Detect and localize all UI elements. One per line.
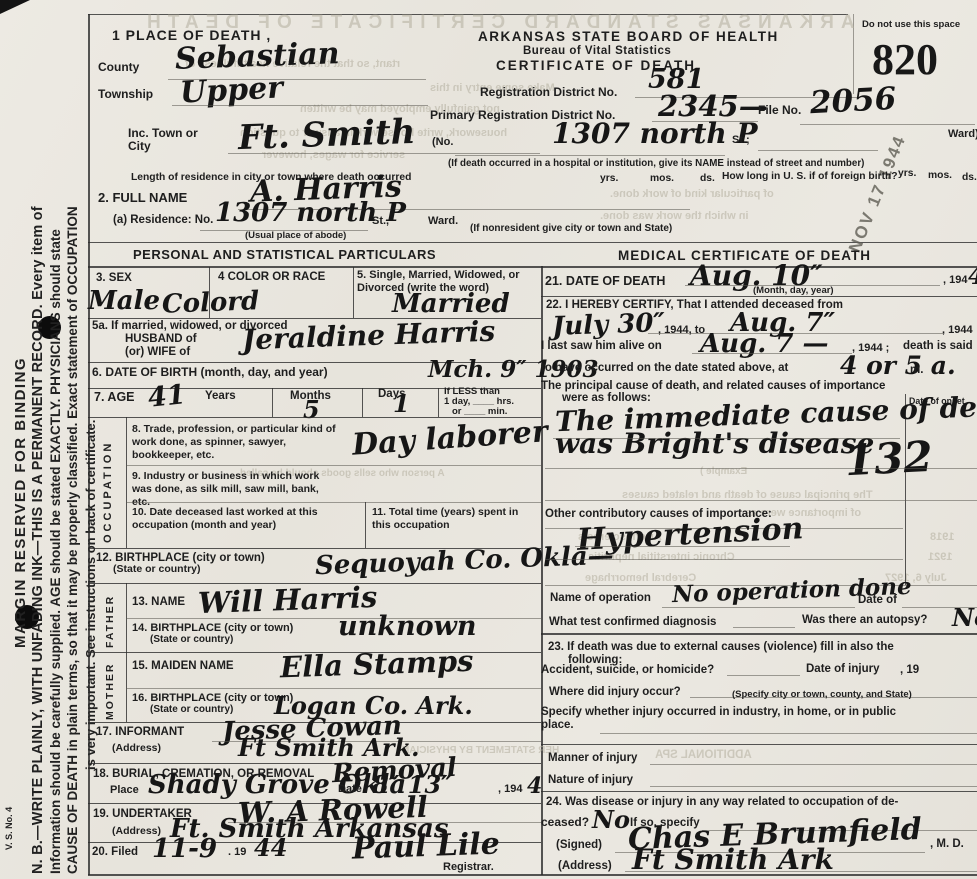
where-injury-note: (Specify city or town, county, and State… [732,690,912,701]
mother-birthplace-sublabel: (State or country) [150,704,233,715]
dob-label: 6. DATE OF BIRTH (month, day, and year) [92,366,328,379]
rule [88,417,541,418]
ward-label: Ward) [948,128,977,140]
injury-year-label: , 19 [900,664,919,677]
principal-cause-label-line1: The principal cause of death, and relate… [541,380,885,393]
last-worked-label: 10. Date deceased last worked at this oc… [132,506,360,532]
registrar-signature: Paul Lile [352,829,501,864]
spouse-label-line3: (or) WIFE of [125,346,190,359]
operation-date-label: Date of [858,594,897,607]
to-year-printed: , 1944 [942,324,973,336]
rule [545,500,977,501]
page-corner-fold [0,0,30,14]
nonresident-note: (If nonresident give city or town and St… [470,223,672,234]
color-race-label: 4 COLOR OR RACE [218,271,325,284]
years-label: Years [205,390,236,403]
rule [172,105,428,106]
rule [692,353,852,354]
burial-place-label: Place [110,784,139,796]
mos-label: mos. [928,170,952,182]
cell-divider [272,388,273,417]
rule [541,633,977,635]
occupation-side-label: OCCUPATION [102,441,114,543]
occupation-related-value: No [592,808,630,832]
border-left [88,14,90,875]
township-value: Upper [179,73,283,108]
certificate-number: 820 [872,34,938,85]
informant-address-label: (Address) [112,743,161,755]
father-birthplace-value: unknown [338,613,476,640]
rule [541,791,977,792]
filed-year-printed: . 19 [228,846,246,858]
city-value: Ft. Smith [237,115,415,155]
rule [733,627,795,628]
city-label-line2: City [128,140,151,153]
death-certificate-scan: MARGIN RESERVED FOR BINDING V. S. No. 4 … [0,0,977,879]
specify-injury-label-line2: place. [541,719,574,732]
marital-status-value: Married [392,291,510,317]
operation-label: Name of operation [550,592,651,605]
cell-divider [362,388,363,417]
contributory-value: Hypertension [576,514,804,556]
rule [455,155,725,156]
ds-label: ds. [962,172,977,184]
bleedthrough-text: of particular kind of work done. [610,188,774,200]
rule [545,559,903,560]
mother-name-value: Ella Stamps [280,647,474,683]
sex-label: 3. SEX [96,272,132,285]
mother-name-label: 15. MAIDEN NAME [132,660,234,673]
rule [88,266,977,268]
age-label: 7. AGE [94,390,135,404]
abode-note: (Usual place of abode) [245,231,346,242]
rule [650,764,977,765]
nature-of-injury-label: Nature of injury [548,774,633,787]
autopsy-label: Was there an autopsy? [802,614,927,627]
rule [126,618,541,619]
filed-date-value: 11-9 [152,836,217,862]
rule [575,546,790,547]
rule [758,150,878,151]
residence-label: (a) Residence: No. [113,214,213,227]
autopsy-value: No [952,606,977,630]
bleedthrough-date: 1921 [928,551,952,563]
margin-instruction-line4: is very important. See instructions on b… [83,420,98,770]
spouse-label-line2: HUSBAND of [125,333,197,346]
ward-label: Ward. [428,215,458,227]
time-of-death-value: 4 or 5 a. [840,353,956,378]
full-name-label: 2. FULL NAME [98,191,187,206]
sex-value: Male [88,288,160,314]
color-race-value: Colord [162,288,260,317]
from-year-printed: , 1944, to [658,324,705,336]
bureau-name: Bureau of Vital Statistics [523,45,671,58]
physician-address-label: (Address) [558,860,612,873]
file-no-value: 2056 [809,84,897,119]
external-causes-label-line1: 23. If death was due to external causes … [548,641,894,654]
bleedthrough-date: 1918 [930,531,954,543]
rule [126,465,541,466]
father-side-label: FATHER [104,595,116,648]
signed-label: (Signed) [556,839,602,852]
occurred-label: to have occurred on the date stated abov… [541,362,788,375]
date-of-death-label: 21. DATE OF DEATH [545,274,665,288]
last-saw-label: I last saw him alive on [541,340,662,353]
ds-label: ds. [700,173,715,185]
trade-label: 8. Trade, profession, or particular kind… [132,423,346,461]
father-name-label: 13. NAME [132,596,185,609]
spouse-value: Jeraldine Harris [242,318,496,355]
mother-birthplace-label: 16. BIRTHPLACE (city or town) [132,692,293,704]
mos-label: mos. [650,173,674,185]
rule [541,744,977,745]
physician-address-value: Ft Smith Ark [632,846,834,874]
cause-of-death-line2: was Bright's disease [555,430,874,458]
death-year-value: 4 [968,264,977,288]
board-name: ARKANSAS STATE BOARD OF HEALTH [478,29,779,44]
margin-instruction-line1: N. B.—WRITE PLAINLY, WITH UNFADING INK—T… [30,206,46,874]
form-number: V. S. No. 4 [4,807,14,850]
rule [88,242,977,243]
county-label: County [98,61,139,74]
father-birthplace-label: 14. BIRTHPLACE (city or town) [132,622,293,634]
street-no-value: 1307 north P [552,120,758,148]
death-year-printed: , 194 [943,274,967,286]
manner-of-injury-label: Manner of injury [548,752,637,765]
registrar-label: Registrar. [443,861,494,873]
cell-divider [126,417,127,548]
hospital-note: (If death occurred in a hospital or inst… [448,159,864,170]
rule [126,502,541,503]
filed-label: 20. Filed [92,846,138,859]
street-label: St.; [732,134,750,146]
father-birthplace-sublabel: (State or country) [150,634,233,645]
border-bottom [88,874,977,876]
do-not-use-label: Do not use this space [862,20,960,31]
rule [126,688,541,689]
county-value: Sebastian [175,39,341,75]
rule [662,607,855,608]
street-label: St., [372,215,389,227]
cell-divider [365,502,366,548]
file-no-label: File No. [758,104,801,117]
margin-instruction-line3: CAUSE OF DEATH in plain terms, so that i… [65,206,80,874]
birthplace-sublabel: (State or country) [113,564,201,576]
m-label: m. [910,364,923,377]
rule [625,871,977,872]
where-injury-label: Where did injury occur? [549,686,681,699]
rule [600,733,977,734]
test-confirmed-label: What test confirmed diagnosis [549,616,716,629]
registration-district-label: Registration District No. [480,86,617,99]
bleedthrough-text: in which the work was done. [600,210,749,222]
rule [727,675,800,676]
personal-section-header: PERSONAL AND STATISTICAL PARTICULARS [133,248,436,263]
age-months-value: 5 [303,398,320,422]
mother-side-label: MOTHER [104,663,116,721]
md-label: , M. D. [930,838,964,851]
margin-binding-note: MARGIN RESERVED FOR BINDING [12,357,29,648]
bleedthrough-text: ADDITIONAL SPA [655,749,752,761]
rule [541,296,977,297]
street-no-label: (No. [432,136,453,148]
total-time-label: 11. Total time (years) spent in this occ… [372,506,532,532]
yrs-label: yrs. [600,173,618,185]
burial-year-value: 4 [527,775,542,797]
yrs-label: yrs. [898,168,916,180]
cause-code-value: 132 [844,436,934,483]
accident-label: Accident, suicide, or homicide? [541,664,714,677]
rule [650,786,977,787]
occupation-related-label-line2: ceased? [541,816,589,829]
rule [228,153,540,154]
filed-year-value: 44 [254,836,287,860]
age-years-value: 41 [147,381,187,412]
injury-date-label: Date of injury [806,663,879,676]
age-days-value: 1 [393,392,410,416]
margin-instruction-line2: Information should be carefully supplied… [48,229,63,874]
rule [545,468,977,469]
attended-from-value: July 30″ [552,310,666,340]
rule [800,124,975,125]
burial-year-printed: , 194 [498,783,522,795]
specify-injury-label-line1: Specify whether injury occurred in indus… [541,706,896,719]
township-label: Township [98,88,153,101]
informant-label: 17. INFORMANT [96,726,184,739]
cell-divider [353,267,354,318]
trade-value: Day laborer [351,417,548,461]
rule [88,763,541,764]
cell-divider [438,388,439,417]
foreign-birth-label: How long in U. S. if of foreign birth? [722,171,898,183]
